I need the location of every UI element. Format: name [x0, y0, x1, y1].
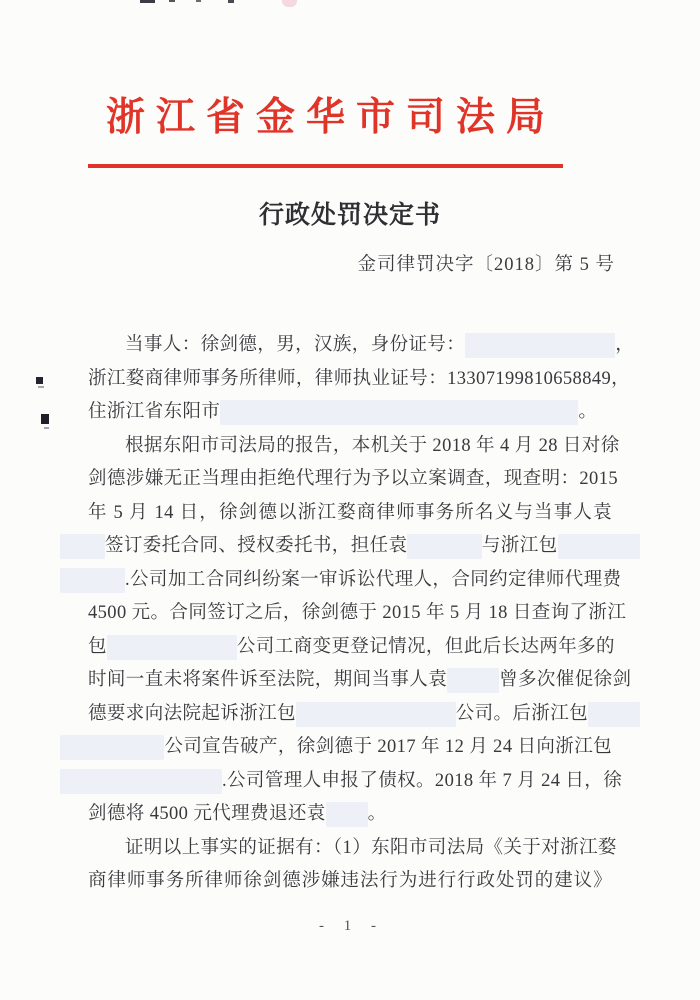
text-segment: 公司。后浙江包 — [456, 698, 588, 732]
text-segment: 签订委托合同、授权委托书，担任袁 — [105, 530, 407, 564]
scan-artifact — [140, 0, 155, 3]
redaction-box — [296, 702, 456, 727]
redaction-box — [107, 635, 237, 660]
text-segment: 包 — [88, 631, 107, 665]
redaction-box — [588, 702, 640, 727]
redaction-box — [465, 333, 615, 358]
text-line: 公司宣告破产，徐剑德于 2017 年 12 月 24 日向浙江包 — [88, 731, 612, 765]
redaction-box — [60, 735, 164, 760]
page-number: - 1 - — [0, 918, 700, 935]
text-segment: 4500 元。合同签订之后，徐剑德于 2015 年 5 月 18 日查询了浙江 — [88, 603, 626, 623]
margin-mark — [38, 386, 44, 388]
text-line: 年 5 月 14 日，徐剑德以浙江婺商律师事务所名义与当事人袁 — [88, 497, 612, 531]
red-divider-line — [88, 164, 563, 168]
document-body: 当事人：徐剑德，男，汉族，身份证号：，浙江婺商律师事务所律师，律师执业证号：13… — [88, 329, 612, 899]
text-segment: 。 — [578, 396, 597, 430]
text-line: 剑德涉嫌无正当理由拒绝代理行为予以立案调查，现查明：2015 — [88, 463, 612, 497]
text-segment: 与浙江包 — [482, 530, 558, 564]
text-line: 当事人：徐剑德，男，汉族，身份证号：， — [88, 329, 612, 363]
redaction-box — [326, 802, 368, 827]
scanned-document-page: 浙江省金华市司法局 行政处罚决定书 金司律罚决字〔2018〕第 5 号 当事人：… — [0, 0, 700, 1000]
text-segment: 剑德将 4500 元代理费退还袁 — [88, 798, 326, 832]
redaction-box — [60, 769, 222, 794]
text-line: .公司管理人申报了债权。2018 年 7 月 24 日，徐 — [88, 765, 612, 799]
text-line: 包公司工商变更登记情况，但此后长达两年多的 — [88, 631, 612, 665]
scan-artifact — [196, 0, 201, 2]
scan-artifact — [228, 0, 234, 3]
document-number: 金司律罚决字〔2018〕第 5 号 — [88, 252, 615, 278]
text-line: 浙江婺商律师事务所律师，律师执业证号：13307199810658849， — [88, 363, 612, 397]
text-line: 时间一直未将案件诉至法院，期间当事人袁曾多次催促徐剑 — [88, 664, 612, 698]
text-line: 证明以上事实的证据有：（1）东阳市司法局《关于对浙江婺 — [88, 832, 612, 866]
redaction-box — [558, 534, 641, 559]
text-segment: 住浙江省东阳市 — [88, 396, 220, 430]
scan-artifact-pink-smudge — [282, 0, 297, 7]
text-segment: 公司工商变更登记情况，但此后长达两年多的 — [237, 631, 615, 665]
text-segment: 当事人：徐剑德，男，汉族，身份证号： — [125, 329, 465, 363]
text-segment: 时间一直未将案件诉至法院，期间当事人袁 — [88, 664, 447, 698]
text-line: 德要求向法院起诉浙江包公司。后浙江包 — [88, 698, 612, 732]
text-segment: ， — [615, 329, 634, 363]
text-segment: 曾多次催促徐剑 — [499, 664, 631, 698]
agency-letterhead: 浙江省金华市司法局 — [88, 94, 563, 142]
margin-mark — [41, 414, 49, 424]
scan-artifact — [169, 0, 175, 2]
text-segment: 公司宣告破产，徐剑德于 2017 年 12 月 24 日向浙江包 — [164, 731, 612, 765]
text-segment: 。 — [368, 798, 387, 832]
text-segment: 证明以上事实的证据有：（1）东阳市司法局《关于对浙江婺 — [125, 838, 617, 858]
text-line: 商律师事务所律师徐剑德涉嫌违法行为进行行政处罚的建议》 — [88, 865, 612, 899]
text-line: 4500 元。合同签订之后，徐剑德于 2015 年 5 月 18 日查询了浙江 — [88, 597, 612, 631]
text-segment: .公司加工合同纠纷案一审诉讼代理人，合同约定律师代理费 — [125, 564, 621, 598]
margin-mark — [36, 377, 43, 384]
redaction-box — [60, 534, 105, 559]
margin-mark — [44, 427, 49, 429]
text-line: .公司加工合同纠纷案一审诉讼代理人，合同约定律师代理费 — [88, 564, 612, 598]
text-segment: 浙江婺商律师事务所律师，律师执业证号：13307199810658849， — [88, 369, 630, 389]
text-line: 根据东阳市司法局的报告，本机关于 2018 年 4 月 28 日对徐 — [88, 430, 612, 464]
text-segment: 剑德涉嫌无正当理由拒绝代理行为予以立案调查，现查明：2015 — [88, 469, 618, 489]
redaction-box — [407, 534, 482, 559]
redaction-box — [220, 400, 578, 425]
text-line: 签订委托合同、授权委托书，担任袁与浙江包 — [88, 530, 612, 564]
text-segment: 年 5 月 14 日，徐剑德以浙江婺商律师事务所名义与当事人袁 — [88, 503, 612, 523]
text-segment: 德要求向法院起诉浙江包 — [88, 698, 296, 732]
text-line: 剑德将 4500 元代理费退还袁。 — [88, 798, 612, 832]
document-title: 行政处罚决定书 — [88, 199, 612, 233]
text-line: 住浙江省东阳市。 — [88, 396, 612, 430]
redaction-box — [60, 568, 125, 593]
text-segment: 根据东阳市司法局的报告，本机关于 2018 年 4 月 28 日对徐 — [125, 436, 620, 456]
text-segment: .公司管理人申报了债权。2018 年 7 月 24 日，徐 — [222, 765, 622, 799]
text-segment: 商律师事务所律师徐剑德涉嫌违法行为进行行政处罚的建议》 — [88, 871, 612, 891]
redaction-box — [447, 668, 499, 693]
